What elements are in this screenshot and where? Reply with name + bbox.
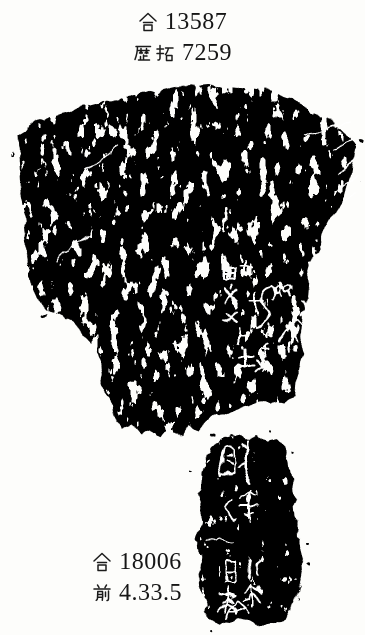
cjk-he-glyph	[92, 552, 112, 572]
catalog-number-heji-small: 18006	[119, 550, 182, 574]
large-rubbing-caption: 13587 7259	[0, 10, 365, 65]
catalog-number-lita: 7259	[182, 41, 232, 65]
small-caption-line2: 4.33.5	[92, 581, 182, 605]
cjk-qian-glyph	[92, 583, 112, 603]
large-rubbing	[6, 81, 358, 436]
small-caption-line1: 18006	[92, 550, 182, 574]
large-rubbing-silhouette	[14, 81, 351, 432]
cjk-he-glyph	[138, 12, 158, 32]
rubbings-artwork	[0, 0, 365, 635]
catalog-number-qian: 4.33.5	[119, 581, 182, 605]
cjk-tuo-glyph	[155, 43, 175, 63]
small-rubbing	[189, 426, 307, 630]
large-caption-line2: 7259	[133, 41, 232, 65]
large-caption-line1: 13587	[138, 10, 228, 34]
cjk-li-glyph	[133, 43, 153, 63]
catalog-page: 13587 7259 18006 4.33.5	[0, 0, 365, 635]
cjk-lita-pair	[133, 43, 175, 63]
catalog-number-heji-large: 13587	[165, 10, 228, 34]
small-rubbing-caption: 18006 4.33.5	[92, 550, 182, 605]
